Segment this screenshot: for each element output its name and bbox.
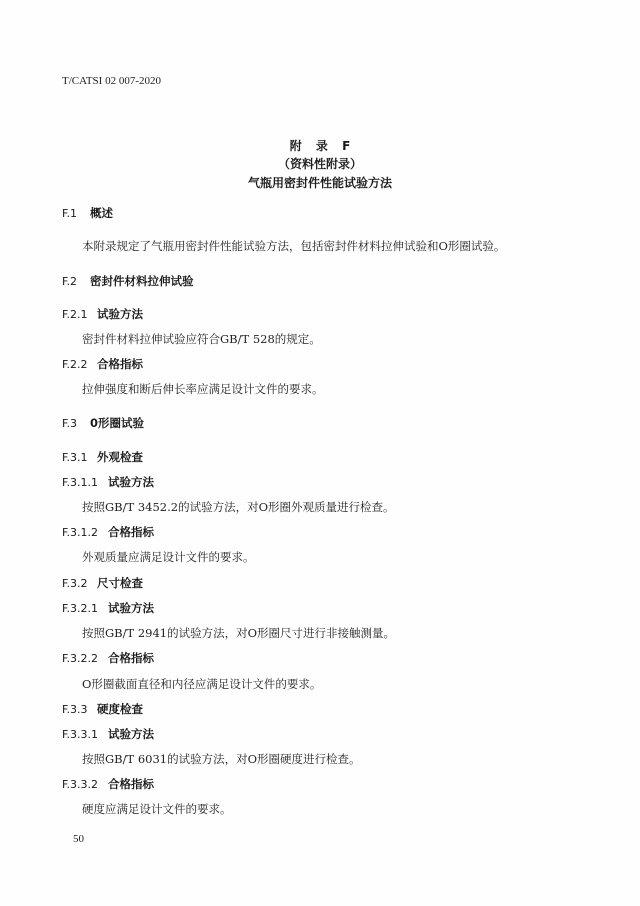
section-number: F.3.3.1 (62, 729, 108, 740)
section-heading: F.30形圈试验 (62, 418, 144, 430)
section-heading: F.2.2合格指标 (62, 359, 143, 371)
body-paragraph: 拉伸强度和断后伸长率应满足设计文件的要求。 (82, 384, 324, 396)
section-title: 0形圈试验 (90, 416, 144, 430)
standard-code: T/CATSI 02 007-2020 (62, 76, 161, 87)
section-number: F.2.2 (62, 359, 97, 370)
section-title: 试验方法 (97, 307, 143, 321)
section-title: 试验方法 (108, 727, 154, 741)
body-paragraph: O形圈截面直径和内径应满足设计文件的要求。 (82, 679, 321, 691)
section-number: F.3.2.2 (62, 653, 108, 664)
section-number: F.3 (62, 418, 90, 429)
page-number: 50 (73, 834, 84, 845)
section-number: F.3.2 (62, 578, 97, 589)
section-title: 合格指标 (108, 651, 154, 665)
section-heading: F.3.2尺寸检查 (62, 578, 143, 590)
appendix-name: 气瓶用密封件性能试验方法 (0, 177, 640, 189)
section-number: F.3.3 (62, 704, 97, 715)
section-number: F.2.1 (62, 309, 97, 320)
section-heading: F.3.2.2合格指标 (62, 653, 154, 665)
section-number: F.3.1.2 (62, 527, 108, 538)
body-paragraph: 按照GB/T 6031的试验方法，对O形圈硬度进行检查。 (82, 754, 361, 766)
section-title: 尺寸检查 (97, 576, 143, 590)
section-heading: F.3.3.2合格指标 (62, 779, 154, 791)
section-heading: F.3.3.1试验方法 (62, 729, 154, 741)
section-title: 试验方法 (108, 601, 154, 615)
body-paragraph: 硬度应满足设计文件的要求。 (82, 804, 232, 816)
section-number: F.3.3.2 (62, 779, 108, 790)
body-paragraph: 外观质量应满足设计文件的要求。 (82, 552, 255, 564)
section-number: F.3.2.1 (62, 603, 108, 614)
body-paragraph: 密封件材料拉伸试验应符合GB/T 528的规定。 (82, 334, 321, 346)
section-title: 试验方法 (108, 475, 154, 489)
section-heading: F.2.1试验方法 (62, 309, 143, 321)
section-heading: F.3.1.2合格指标 (62, 527, 154, 539)
body-paragraph: 按照GB/T 3452.2的试验方法，对O形圈外观质量进行检查。 (82, 502, 395, 514)
section-title: 硬度检查 (97, 702, 143, 716)
section-number: F.3.1 (62, 452, 97, 463)
section-number: F.1 (62, 208, 90, 219)
body-paragraph: 按照GB/T 2941的试验方法，对O形圈尺寸进行非接触测量。 (82, 628, 395, 640)
section-heading: F.2密封件材料拉伸试验 (62, 276, 194, 288)
section-heading: F.3.1外观检查 (62, 452, 143, 464)
section-number: F.3.1.1 (62, 477, 108, 488)
section-heading: F.3.3硬度检查 (62, 704, 143, 716)
section-number: F.2 (62, 276, 90, 287)
section-title: 合格指标 (108, 777, 154, 791)
section-heading: F.3.1.1试验方法 (62, 477, 154, 489)
body-paragraph: 本附录规定了气瓶用密封件性能试验方法，包括密封件材料拉伸试验和O形圈试验。 (82, 241, 505, 253)
appendix-type: （资料性附录） (0, 158, 640, 170)
section-title: 合格指标 (108, 525, 154, 539)
appendix-title: 附 录 F (0, 140, 640, 152)
section-heading: F.1概述 (62, 208, 113, 220)
section-title: 外观检查 (97, 450, 143, 464)
section-title: 合格指标 (97, 357, 143, 371)
document-page: T/CATSI 02 007-2020 附 录 F （资料性附录） 气瓶用密封件… (0, 0, 640, 906)
section-heading: F.3.2.1试验方法 (62, 603, 154, 615)
section-title: 密封件材料拉伸试验 (90, 274, 194, 288)
section-title: 概述 (90, 206, 113, 220)
